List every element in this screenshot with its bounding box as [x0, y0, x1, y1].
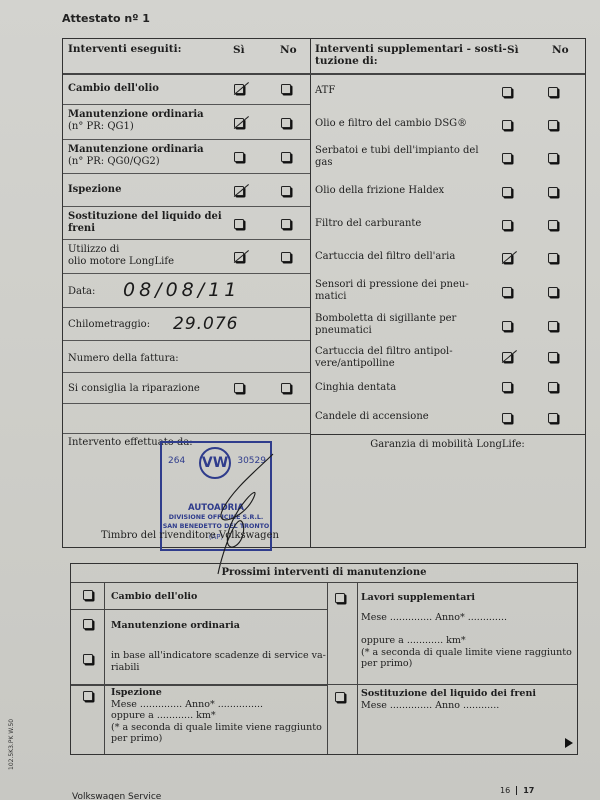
- yes-checkbox[interactable]: [234, 219, 244, 229]
- yes-column-label: Sì: [233, 44, 245, 56]
- yes-checkbox[interactable]: [502, 220, 512, 230]
- next-extra-work-block: Lavori supplementari Mese ..............…: [361, 592, 572, 670]
- additional-service-label: Candele di accensione: [315, 411, 429, 423]
- divider: [71, 685, 327, 686]
- yes-checkbox[interactable]: [502, 352, 512, 362]
- additional-service-label: ATF: [315, 85, 335, 97]
- additional-services-label-line1: Interventi supplementari - sosti-: [315, 43, 507, 55]
- additional-service-label: Filtro del carburante: [315, 218, 421, 230]
- date-value[interactable]: 08/08/11: [123, 279, 240, 301]
- yes-checkbox[interactable]: [502, 382, 512, 392]
- mileage-row: Chilometraggio: 29.076: [63, 308, 310, 341]
- extra-note: (* a seconda di quale limite viene raggi…: [361, 647, 572, 658]
- service-record-table: Interventi eseguiti: Sì No Cambio dell'o…: [62, 38, 586, 548]
- variable-line1: in base all'indicatore scadenze di servi…: [111, 650, 326, 661]
- yes-checkbox[interactable]: [502, 413, 512, 423]
- yes-checkbox[interactable]: [502, 321, 512, 331]
- no-checkbox[interactable]: [548, 287, 558, 297]
- repair-recommended-label: Si consiglia la riparazione: [68, 383, 200, 395]
- performed-service-row: Cambio dell'olio: [63, 73, 310, 105]
- variable-line2: riabili: [111, 662, 139, 673]
- additional-service-label: Sensori di pressione dei pneu-: [315, 279, 469, 291]
- extra-note-2: per primo): [361, 658, 412, 669]
- additional-service-label-2: vere/antipolline: [315, 358, 395, 370]
- no-checkbox[interactable]: [548, 321, 558, 331]
- additional-service-label-2: matici: [315, 291, 346, 303]
- no-checkbox[interactable]: [281, 118, 291, 128]
- additional-service-row: Cartuccia del filtro antipol-vere/antipo…: [310, 342, 585, 372]
- performed-service-label: Sostituzione del liquido dei: [68, 211, 222, 223]
- next-oil-change-checkbox[interactable]: [83, 590, 93, 600]
- additional-services-column: Interventi supplementari - sosti- tuzion…: [310, 39, 585, 547]
- no-checkbox[interactable]: [548, 413, 558, 423]
- additional-service-row: Olio e filtro del cambio DSG®: [310, 108, 585, 141]
- additional-services-label-line2: tuzione di:: [315, 55, 378, 67]
- yes-column-label-right: Sì: [507, 44, 519, 56]
- divider: [71, 609, 327, 610]
- yes-checkbox[interactable]: [234, 252, 244, 262]
- additional-services-header: Interventi supplementari - sosti- tuzion…: [310, 39, 585, 75]
- no-checkbox[interactable]: [548, 352, 558, 362]
- footer-brand: Volkswagen Service: [72, 792, 161, 800]
- inspection-note: (* a seconda di quale limite viene raggi…: [111, 722, 322, 733]
- date-row: Data: 08/08/11: [63, 274, 310, 308]
- performed-service-row: Ispezione: [63, 174, 310, 207]
- additional-service-label: Olio e filtro del cambio DSG®: [315, 118, 467, 130]
- performed-service-label: Manutenzione ordinaria: [68, 144, 204, 156]
- date-label: Data:: [68, 286, 95, 298]
- additional-service-row: ATF: [310, 75, 585, 108]
- additional-service-row: Olio della frizione Haldex: [310, 175, 585, 208]
- performed-service-sublabel: freni: [68, 223, 95, 235]
- additional-services-label: Interventi supplementari - sosti- tuzion…: [315, 43, 507, 67]
- mileage-label: Chilometraggio:: [68, 319, 150, 331]
- performed-service-row: Utilizzo diolio motore LongLife: [63, 240, 310, 274]
- page-numbers: 1617: [500, 786, 534, 795]
- invoice-label: Numero della fattura:: [68, 353, 179, 365]
- next-variable-service-checkbox[interactable]: [83, 654, 93, 664]
- divider: [327, 582, 328, 754]
- next-variable-service-label: in base all'indicatore scadenze di servi…: [111, 650, 326, 673]
- additional-service-label-2: pneumatici: [315, 325, 372, 337]
- extra-month-field[interactable]: Mese .............. Anno* .............: [361, 612, 507, 624]
- no-checkbox[interactable]: [548, 382, 558, 392]
- performed-service-label: Cambio dell'olio: [68, 83, 159, 95]
- performed-services-column: Interventi eseguiti: Sì No Cambio dell'o…: [63, 39, 311, 547]
- additional-service-label: Cartuccia del filtro antipol-: [315, 346, 453, 358]
- yes-checkbox[interactable]: [502, 153, 512, 163]
- no-checkbox[interactable]: [548, 87, 558, 97]
- document-page: Attestato nº 1 Interventi eseguiti: Sì N…: [0, 0, 600, 800]
- extra-km-field[interactable]: oppure a ............ km*: [361, 635, 466, 647]
- additional-service-row: Filtro del carburante: [310, 208, 585, 241]
- yes-checkbox[interactable]: [234, 152, 244, 162]
- next-extra-work-label: Lavori supplementari: [361, 592, 475, 603]
- next-brake-fluid-checkbox[interactable]: [335, 692, 345, 702]
- yes-checkbox[interactable]: [502, 120, 512, 130]
- additional-service-row: Sensori di pressione dei pneu-matici: [310, 275, 585, 309]
- next-services-table: Prossimi interventi di manutenzione Camb…: [70, 563, 578, 755]
- next-page-arrow-icon: [565, 738, 573, 748]
- no-column-label: No: [280, 44, 297, 56]
- no-checkbox[interactable]: [281, 186, 291, 196]
- next-services-title: Prossimi interventi di manutenzione: [71, 564, 577, 583]
- yes-checkbox[interactable]: [502, 87, 512, 97]
- next-inspection-block: Ispezione Mese .............. Anno* ....…: [111, 687, 322, 745]
- inspection-note-2: per primo): [111, 733, 162, 744]
- additional-service-row: Candele di accensione: [310, 401, 585, 434]
- mileage-value[interactable]: 29.076: [173, 314, 238, 334]
- additional-service-label-2: gas: [315, 157, 333, 169]
- no-checkbox[interactable]: [281, 252, 291, 262]
- warranty-label: Garanzia di mobilità LongLife:: [310, 439, 585, 450]
- additional-service-label: Cinghia dentata: [315, 382, 396, 394]
- page-right: 17: [516, 786, 534, 795]
- next-inspection-checkbox[interactable]: [83, 691, 93, 701]
- next-maintenance-label: Manutenzione ordinaria: [111, 620, 240, 632]
- performed-service-label: Utilizzo di: [68, 244, 119, 256]
- performed-services-label: Interventi eseguiti:: [68, 43, 181, 55]
- additional-service-row: Serbatoi e tubi dell'impianto delgas: [310, 141, 585, 175]
- certificate-title: Attestato nº 1: [62, 12, 150, 25]
- yes-checkbox[interactable]: [234, 118, 244, 128]
- performed-service-sublabel: olio motore LongLife: [68, 256, 174, 268]
- no-checkbox[interactable]: [281, 152, 291, 162]
- no-checkbox[interactable]: [548, 187, 558, 197]
- next-maintenance-checkbox[interactable]: [83, 619, 93, 629]
- stamp-code-left: 264: [168, 456, 185, 466]
- next-brake-fluid-label: Sostituzione del liquido dei freni: [361, 688, 536, 699]
- brake-month-field[interactable]: Mese .............. Anno ............: [361, 700, 499, 711]
- performed-service-label: Manutenzione ordinaria: [68, 109, 204, 121]
- repair-no-checkbox[interactable]: [281, 383, 291, 393]
- yes-checkbox[interactable]: [502, 253, 512, 263]
- no-checkbox[interactable]: [281, 219, 291, 229]
- additional-service-row: Bomboletta di sigillante perpneumatici: [310, 309, 585, 342]
- dealer-stamp-area: Intervento effettuato da: VW 264 30529 A…: [63, 434, 310, 549]
- signature-icon: [203, 449, 283, 579]
- divider: [104, 582, 105, 754]
- next-oil-change-label: Cambio dell'olio: [111, 591, 197, 603]
- additional-service-row: Cinghia dentata: [310, 372, 585, 401]
- no-checkbox[interactable]: [548, 220, 558, 230]
- performed-services-header: Interventi eseguiti: Sì No: [63, 39, 310, 75]
- dealer-stamp-label: Timbro del rivenditore Volkswagen: [101, 530, 279, 542]
- next-inspection-label: Ispezione: [111, 687, 162, 698]
- additional-service-label: Olio della frizione Haldex: [315, 185, 444, 197]
- no-column-label-right: No: [552, 44, 569, 56]
- yes-checkbox[interactable]: [502, 287, 512, 297]
- no-checkbox[interactable]: [548, 253, 558, 263]
- performed-service-row: Manutenzione ordinaria(n° PR: QG0/QG2): [63, 140, 310, 174]
- repair-recommended-row: Si consiglia la riparazione: [63, 373, 310, 404]
- warranty-area: Garanzia di mobilità LongLife:: [310, 434, 585, 549]
- yes-checkbox[interactable]: [234, 84, 244, 94]
- performed-service-sublabel: (n° PR: QG0/QG2): [68, 156, 160, 168]
- print-code: 102.5K3.PK W.50: [8, 719, 15, 770]
- blank-row: [63, 404, 310, 434]
- additional-service-label: Serbatoi e tubi dell'impianto del: [315, 145, 479, 157]
- next-brake-fluid-block: Sostituzione del liquido dei freni Mese …: [361, 688, 536, 711]
- inspection-month-field[interactable]: Mese .............. Anno* ..............…: [111, 699, 263, 710]
- additional-service-row: Cartuccia del filtro dell'aria: [310, 241, 585, 275]
- yes-checkbox[interactable]: [502, 187, 512, 197]
- performed-service-label: Ispezione: [68, 184, 121, 196]
- performed-service-row: Manutenzione ordinaria(n° PR: QG1): [63, 105, 310, 140]
- no-checkbox[interactable]: [548, 153, 558, 163]
- page-left: 16: [500, 786, 510, 795]
- additional-service-label: Bomboletta di sigillante per: [315, 313, 456, 325]
- repair-yes-checkbox[interactable]: [234, 383, 244, 393]
- performed-service-sublabel: (n° PR: QG1): [68, 121, 134, 133]
- no-checkbox[interactable]: [281, 84, 291, 94]
- additional-service-label: Cartuccia del filtro dell'aria: [315, 251, 455, 263]
- inspection-km-field[interactable]: oppure a ............ km*: [111, 710, 216, 721]
- divider: [71, 684, 577, 685]
- yes-checkbox[interactable]: [234, 186, 244, 196]
- divider: [357, 582, 358, 754]
- no-checkbox[interactable]: [548, 120, 558, 130]
- performed-service-row: Sostituzione del liquido deifreni: [63, 207, 310, 240]
- next-extra-work-checkbox[interactable]: [335, 593, 345, 603]
- invoice-row: Numero della fattura:: [63, 341, 310, 373]
